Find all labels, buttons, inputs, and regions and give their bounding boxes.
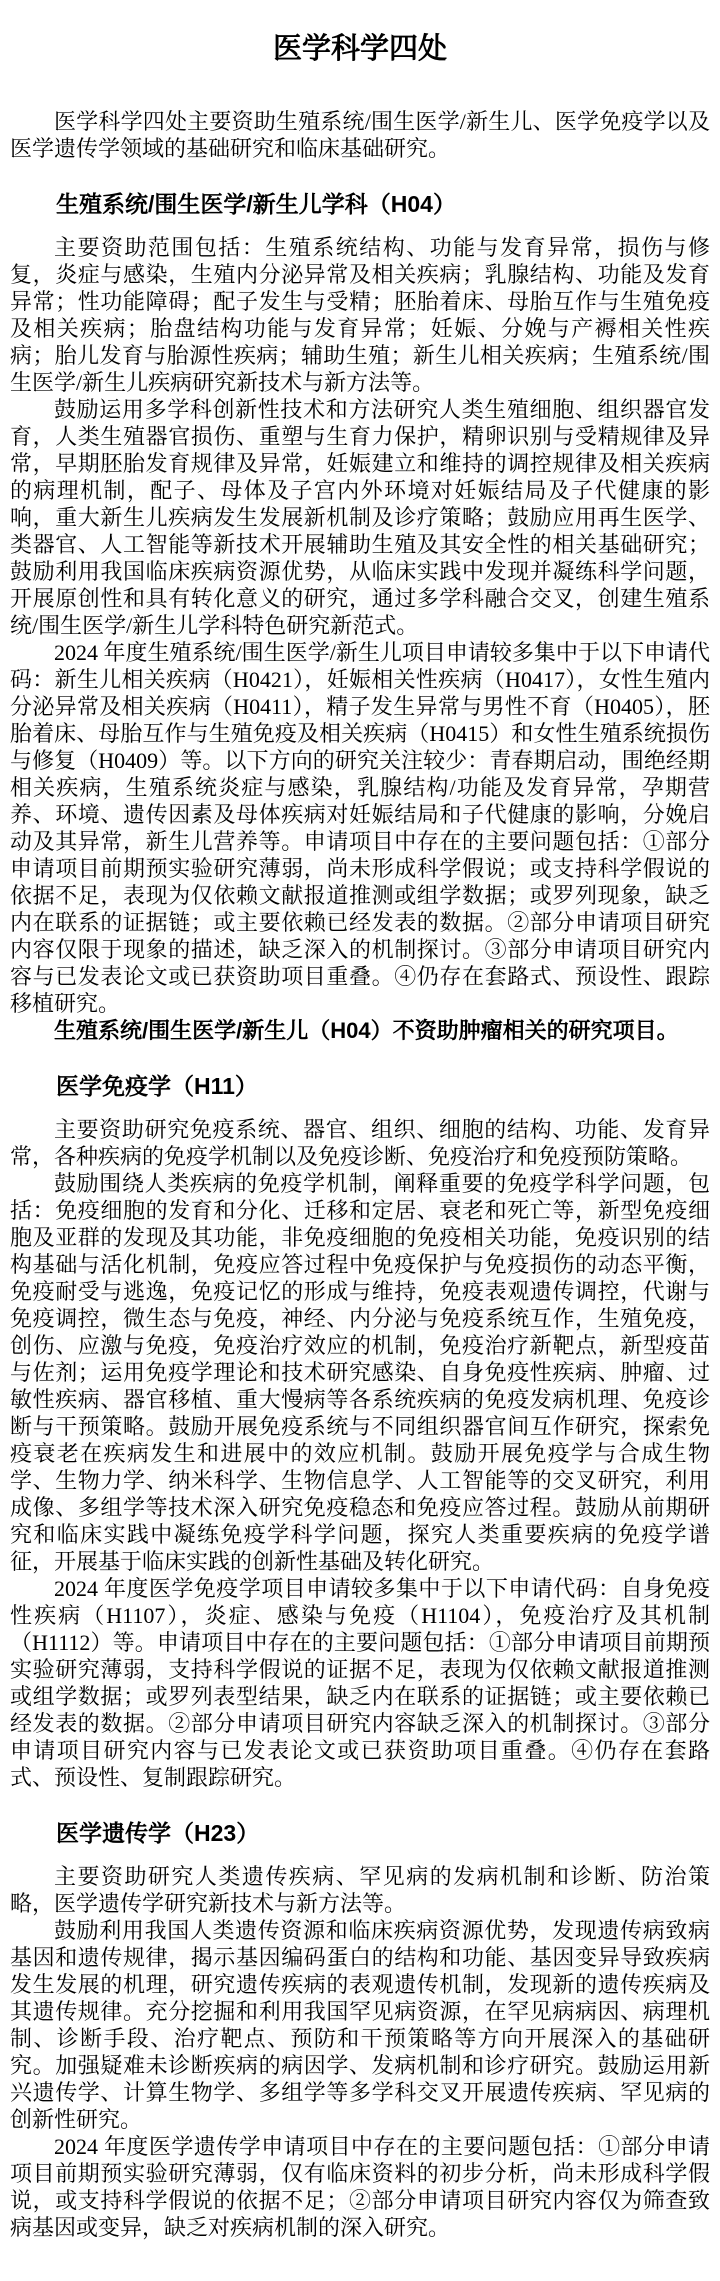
intro-paragraph: 医学科学四处主要资助生殖系统/围生医学/新生儿、医学免疫学以及医学遗传学领域的基… bbox=[10, 108, 710, 162]
h23-2024-problems-paragraph: 2024 年度医学遗传学申请项目中存在的主要问题包括：①部分申请项目前期预实验研… bbox=[10, 2133, 710, 2241]
section-heading-h11: 医学免疫学（H11） bbox=[10, 1072, 710, 1100]
h23-scope-paragraph: 主要资助研究人类遗传疾病、罕见病的发病机制和诊断、防治策略，医学遗传学研究新技术… bbox=[10, 1863, 710, 1917]
h11-scope-paragraph: 主要资助研究免疫系统、器官、组织、细胞的结构、功能、发育异常，各种疾病的免疫学机… bbox=[10, 1116, 710, 1170]
h11-encouraged-paragraph: 鼓励围绕人类疾病的免疫学机制，阐释重要的免疫学科学问题，包括：免疫细胞的发育和分… bbox=[10, 1170, 710, 1575]
h23-encouraged-paragraph: 鼓励利用我国人类遗传资源和临床疾病资源优势，发现遗传病致病基因和遗传规律，揭示基… bbox=[10, 1917, 710, 2133]
h04-2024-applications-paragraph: 2024 年度生殖系统/围生医学/新生儿项目申请较多集中于以下申请代码：新生儿相… bbox=[10, 639, 710, 1017]
h04-scope-paragraph: 主要资助范围包括：生殖系统结构、功能与发育异常，损伤与修复，炎症与感染，生殖内分… bbox=[10, 234, 710, 396]
page-title: 医学科学四处 bbox=[10, 32, 710, 66]
section-heading-h04: 生殖系统/围生医学/新生儿学科（H04） bbox=[10, 190, 710, 218]
h04-no-tumor-funding-note: 生殖系统/围生医学/新生儿（H04）不资助肿瘤相关的研究项目。 bbox=[10, 1017, 710, 1044]
section-heading-h23: 医学遗传学（H23） bbox=[10, 1819, 710, 1847]
h11-2024-applications-paragraph: 2024 年度医学免疫学项目申请较多集中于以下申请代码：自身免疫性疾病（H110… bbox=[10, 1575, 710, 1791]
h04-encouraged-paragraph: 鼓励运用多学科创新性技术和方法研究人类生殖细胞、组织器官发育，人类生殖器官损伤、… bbox=[10, 396, 710, 639]
document-page: 医学科学四处 医学科学四处主要资助生殖系统/围生医学/新生儿、医学免疫学以及医学… bbox=[0, 0, 720, 2281]
